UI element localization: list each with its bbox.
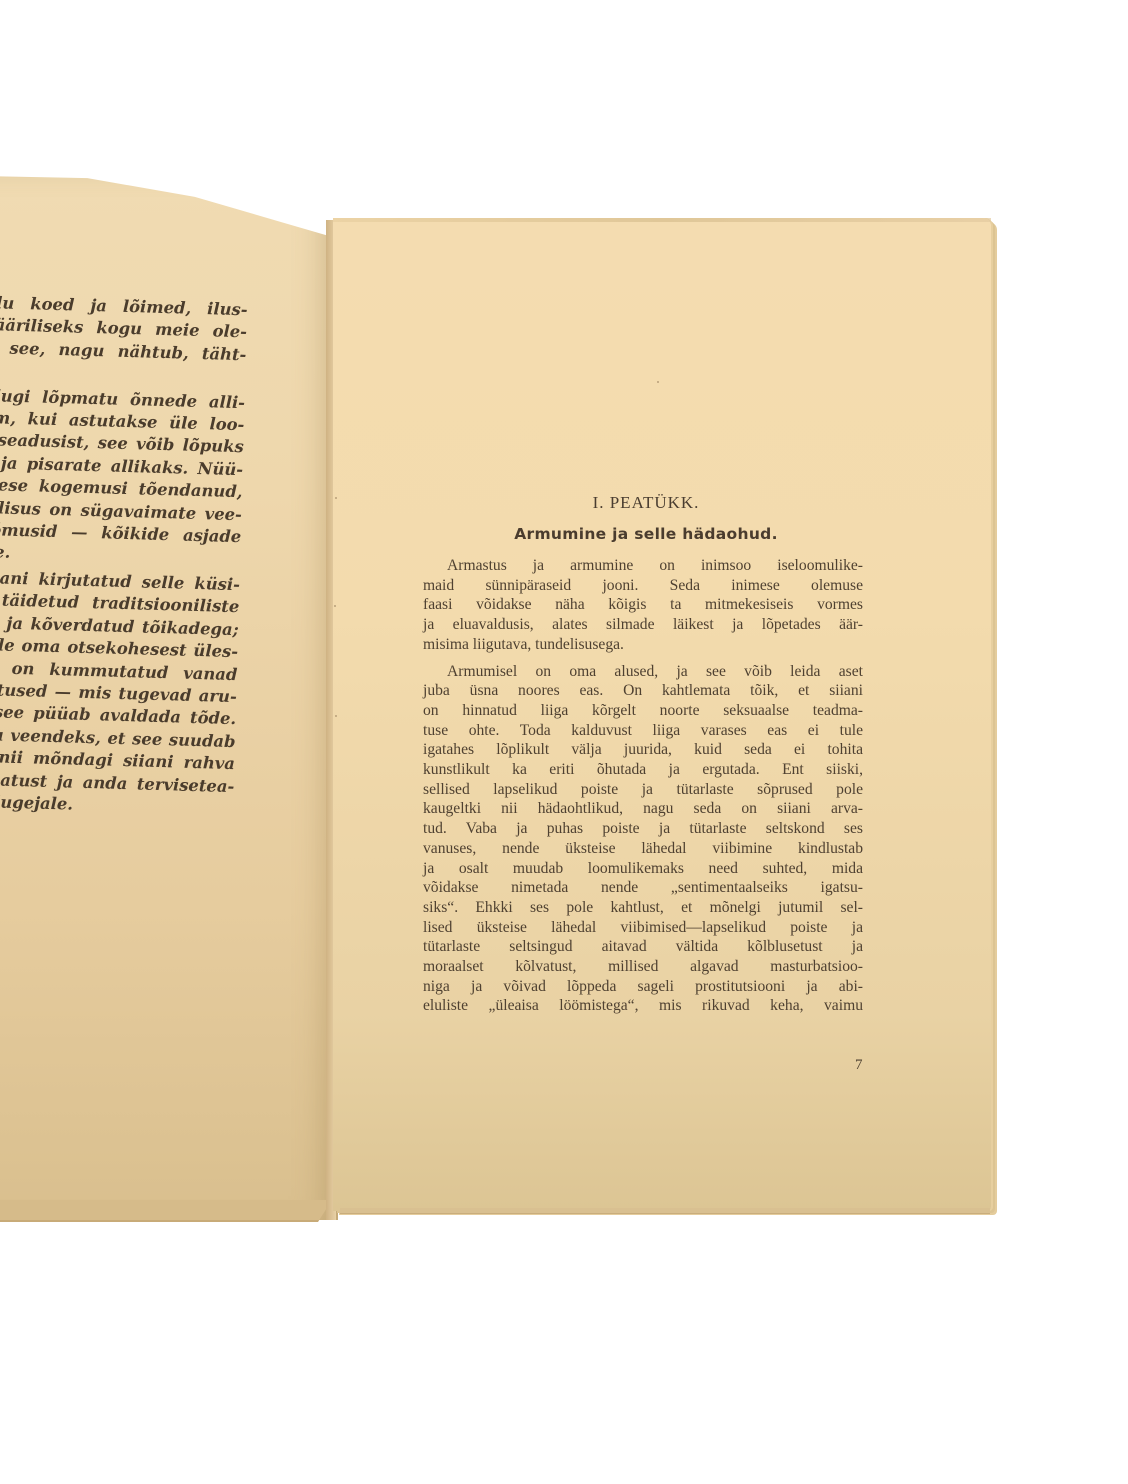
right-paragraph-2: Armumisel on oma alused, ja see võib lei… [423, 662, 863, 1017]
text-line: tütarlaste seltsingud aitavad vältida kõ… [423, 937, 863, 957]
text-line: kunstlikult ka eriti õhutada ja ergutada… [423, 760, 863, 780]
left-paragraph-2: idugi lõpmatu õnnede alli- em, kui astut… [0, 385, 245, 571]
left-paragraph-3: siiani kirjutatud selle küsi- d täidetud… [0, 567, 240, 821]
book-photo: elu koed ja lõimed, ilus- vääriliseks ko… [0, 0, 1128, 1484]
text-line: lised üksteise lähedal viibimised—lapsel… [423, 918, 863, 938]
chapter-heading: I. PEATÜKK. [420, 493, 872, 513]
text-line: maid sünnipäraseid jooni. Seda inimese o… [423, 576, 863, 596]
binding-thread-mark [335, 497, 337, 499]
text-line: eluliste „üleaisa löömistega“, mis rikuv… [423, 996, 863, 1016]
text-line: vanuses, nende üksteise lähedal viibimin… [423, 839, 863, 859]
text-line: igatahes lõplikult välja juurida, kuid s… [423, 740, 863, 760]
text-line: sellised lapselikud poiste ja tütarlaste… [423, 780, 863, 800]
left-page-text: elu koed ja lõimed, ilus- vääriliseks ko… [0, 292, 248, 823]
text-line: siks“. Ehkki ses pole kahtlust, et mõnel… [423, 898, 863, 918]
text-line: niga ja võivad lõppeda sageli prostituts… [423, 977, 863, 997]
left-page-bottom-edge [0, 1200, 332, 1222]
right-page-body: Armastus ja armumine on inimsoo iseloomu… [423, 556, 863, 1023]
text-line: faasi võidakse näha kõigis ta mitmekesis… [423, 595, 863, 615]
text-line: Armumisel on oma alused, ja see võib lei… [423, 662, 863, 682]
text-line: moraalset kõlvatust, millised algavad ma… [423, 957, 863, 977]
left-paragraph-1: elu koed ja lõimed, ilus- vääriliseks ko… [0, 292, 248, 389]
paper-speck [657, 381, 659, 383]
text-line: misima liigutava, tundelisusega. [423, 635, 863, 655]
text-line: kaugeltki nii hädaohtlikud, nagu seda on… [423, 799, 863, 819]
text-line: on hinnatud liiga kõrgelt noorte seksuaa… [423, 701, 863, 721]
chapter-title: Armumine ja selle hädaohud. [420, 525, 872, 543]
text-line: tud. Vaba ja puhas poiste ja tütarlaste … [423, 819, 863, 839]
right-page-bottom-edge [340, 1208, 990, 1214]
text-line: ja osalt muudab loomulikemaks need suhte… [423, 859, 863, 879]
binding-thread-mark [334, 605, 336, 607]
text-line: ja eluavaldusis, alates silmade läikest … [423, 615, 863, 635]
page-number: 7 [855, 1057, 863, 1074]
text-line: võidakse nimetada nende „sentimentaalsei… [423, 878, 863, 898]
right-paragraph-1: Armastus ja armumine on inimsoo iseloomu… [423, 556, 863, 655]
text-line: Armastus ja armumine on inimsoo iseloomu… [423, 556, 863, 576]
text-line: tuse ohte. Toda kalduvust liiga varases … [423, 721, 863, 741]
binding-thread-mark [335, 715, 337, 717]
text-line: juba üsna noores eas. On kahtlemata tõik… [423, 681, 863, 701]
